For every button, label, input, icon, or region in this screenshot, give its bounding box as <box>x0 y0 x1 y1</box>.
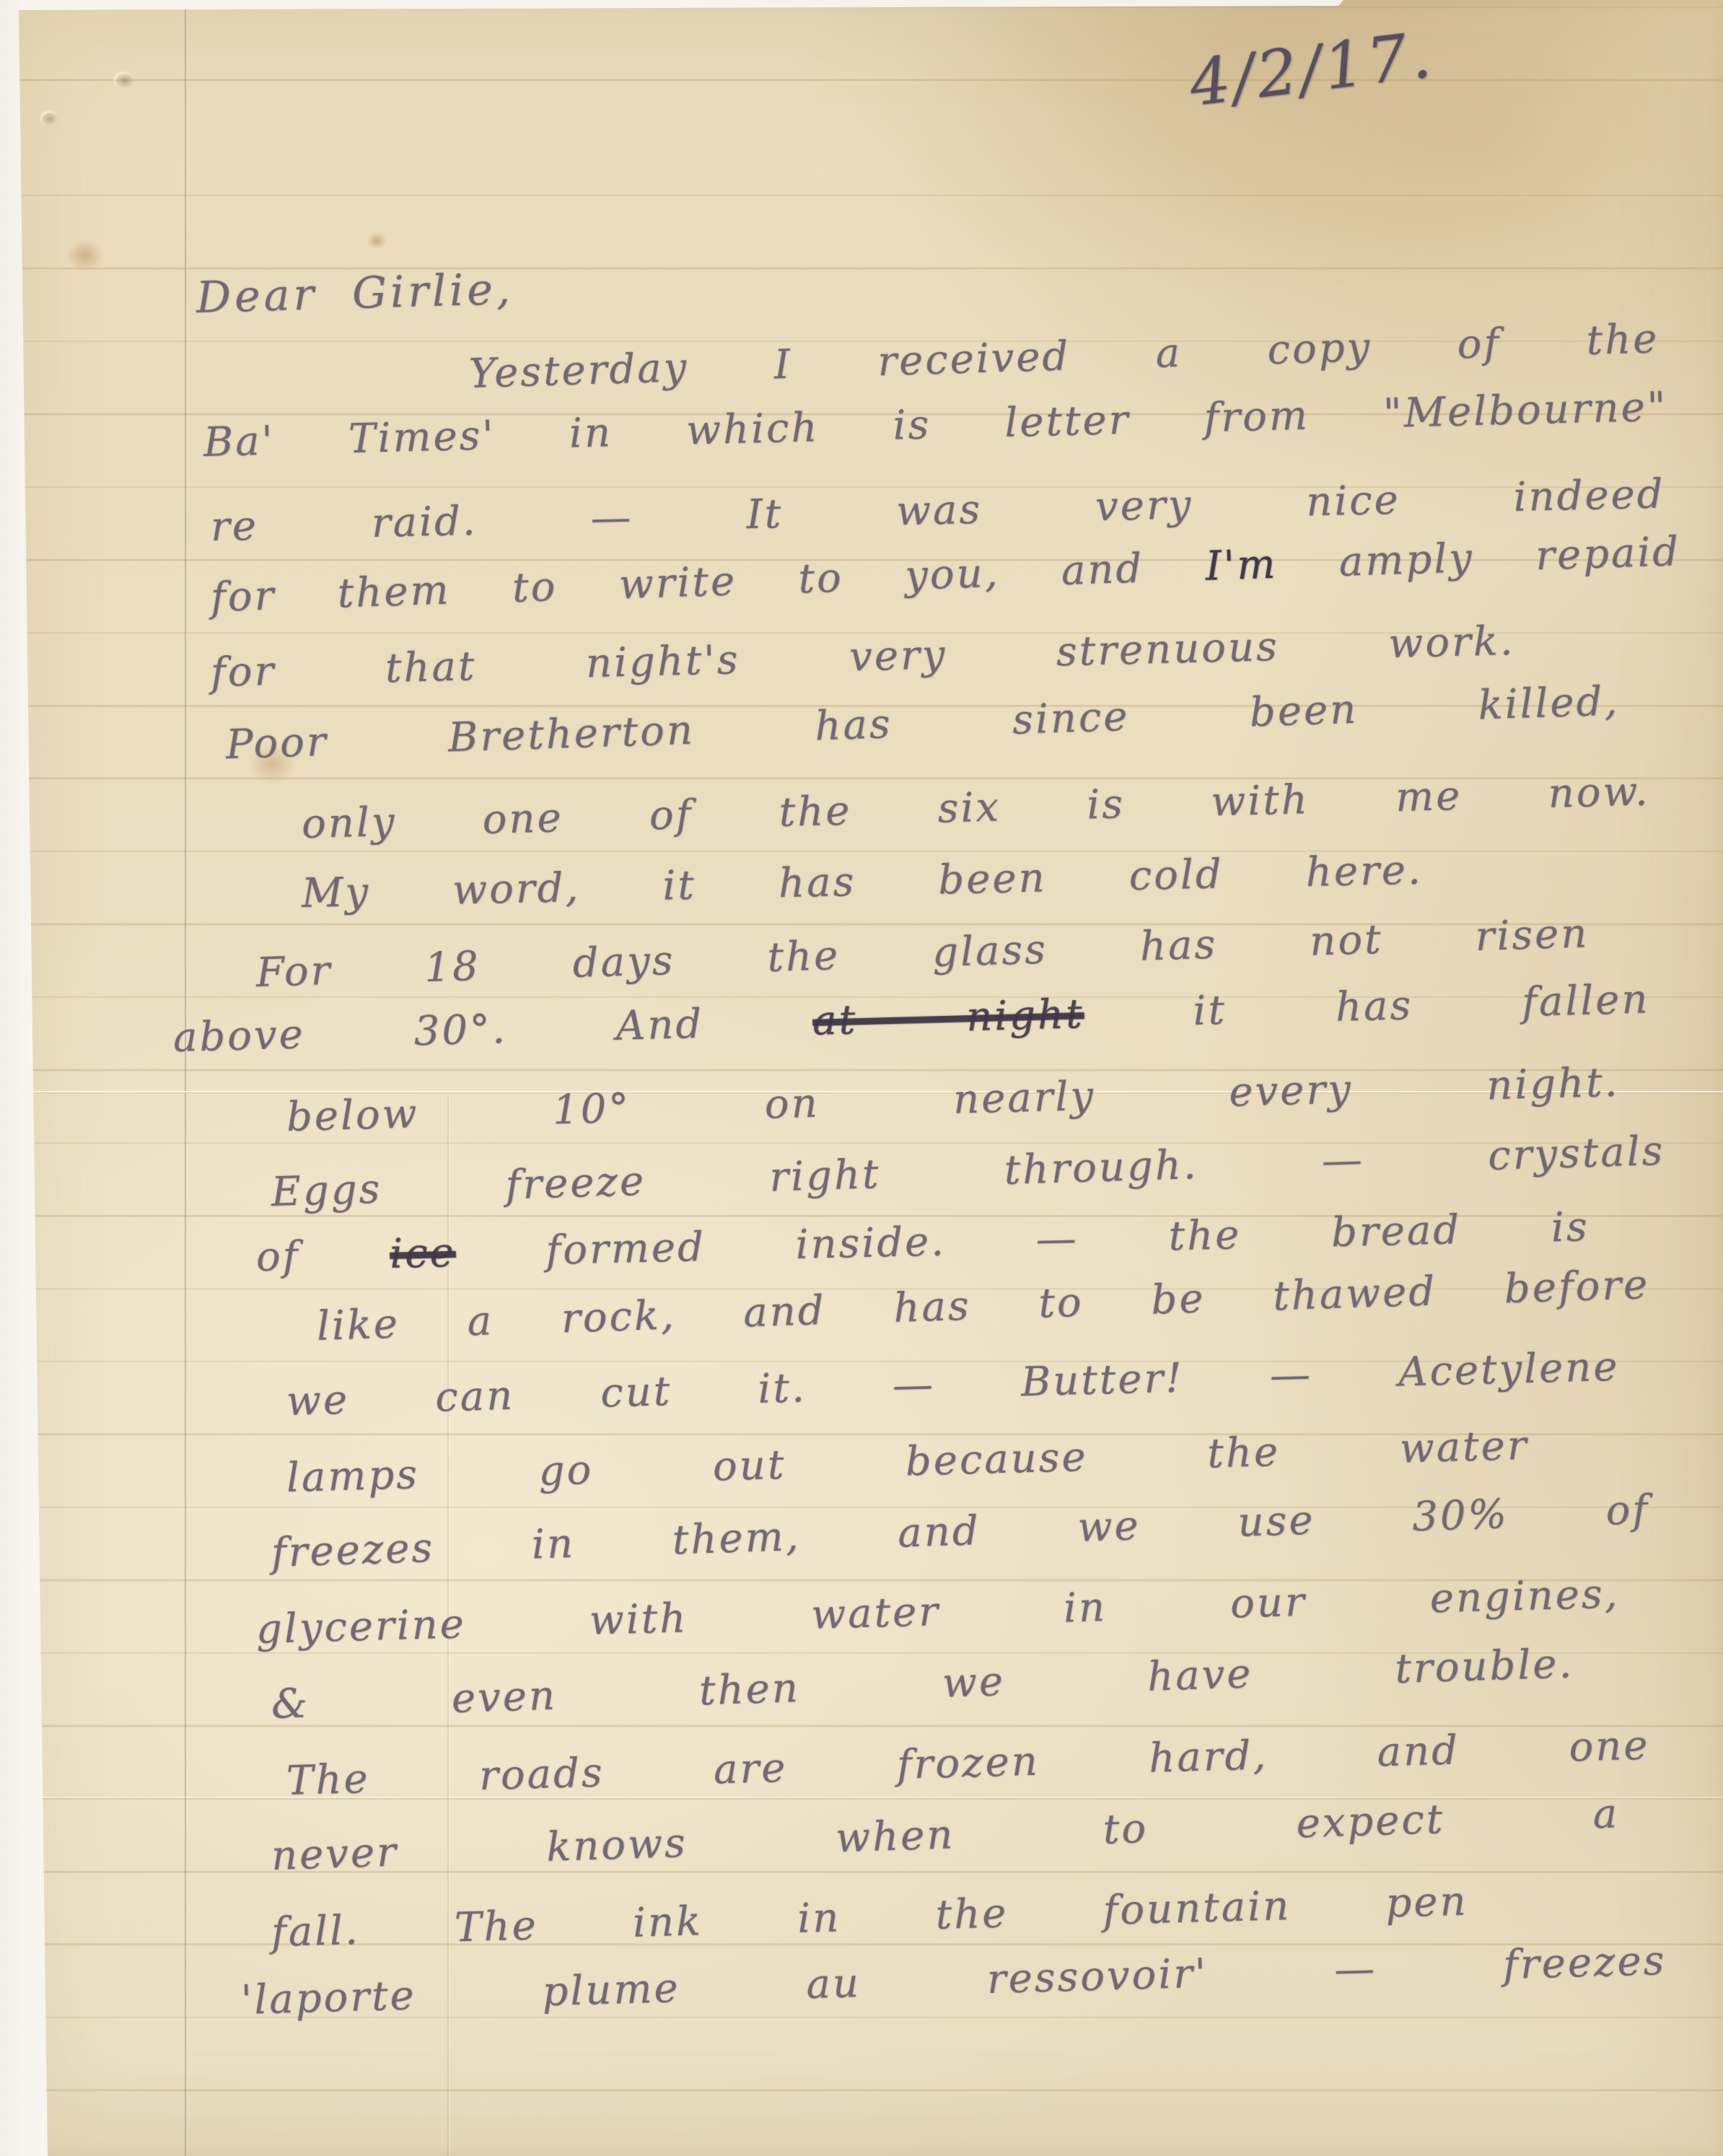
paper-dent <box>115 74 134 88</box>
salutation: Dear Girlie, <box>196 264 514 323</box>
struck-out-word: ice <box>390 1230 457 1278</box>
overwritten-dark-word: I'm <box>1205 541 1279 590</box>
scanned-letter-page: 4/2/17. Dear Girlie, Yesterday I receive… <box>0 0 1723 2156</box>
letter-text: of <box>255 1231 390 1281</box>
paper-dent <box>42 113 58 126</box>
struck-out-word: at night <box>812 991 1084 1045</box>
letter-paper: 4/2/17. Dear Girlie, Yesterday I receive… <box>0 0 1723 2156</box>
foxing-stain <box>66 240 104 271</box>
foxing-stain <box>367 232 387 250</box>
margin-rule-line <box>185 7 186 2156</box>
